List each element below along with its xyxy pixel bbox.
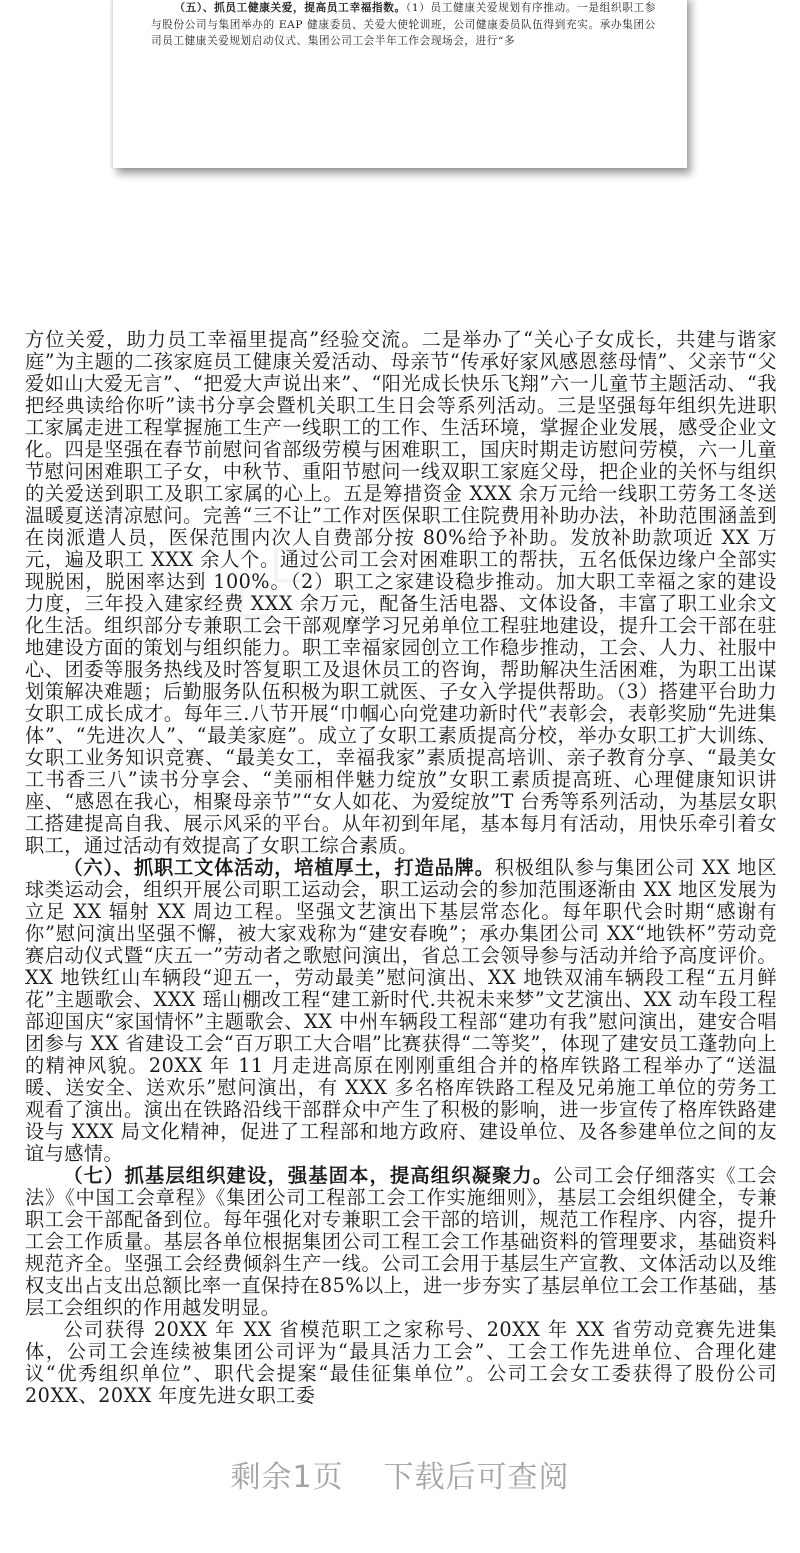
remaining-pages-label: 剩余1页 [230,1460,343,1495]
previous-page-paragraph: （五）、抓员工健康关爱，提高员工幸福指数。（1）员工健康关爱规划有序推动。一是组… [151,0,656,50]
paragraph-text: 积极组队参与集团公司 XX 地区球类运动会，组织开展公司职工运动会，职工运动会的… [25,856,777,1165]
previous-page-preview: （五）、抓员工健康关爱，提高员工幸福指数。（1）员工健康关爱规划有序推动。一是组… [113,0,687,168]
paragraph-text: 公司工会仔细落实《工会法》《中国工会章程》《集团公司工程部工会工作实施细则》，基… [25,1164,777,1319]
download-hint-label: 下载后可查阅 [384,1460,570,1495]
document-paragraph-4: 公司获得 20XX 年 XX 省模范职工之家称号、20XX 年 XX 省劳动竞赛… [25,1319,777,1407]
previous-page-text: （五）、抓员工健康关爱，提高员工幸福指数。（1）员工健康关爱规划有序推动。一是组… [151,0,656,50]
document-body: 方位关爱，助力员工幸福里提高”经验交流。二是举办了“关心子女成长，共建与谐家庭”… [25,329,777,1407]
previous-page-heading: （五）、抓员工健康关爱，提高员工幸福指数。 [174,2,406,14]
paragraph-heading: （七）抓基层组织建设，强基固本，提高组织凝聚力。 [63,1164,553,1187]
document-paragraph-2: （六）、抓职工文体活动，培植厚土，打造品牌。积极组队参与集团公司 XX 地区球类… [25,857,777,1165]
paragraph-text: 方位关爱，助力员工幸福里提高”经验交流。二是举办了“关心子女成长，共建与谐家庭”… [25,328,777,857]
remaining-pages-notice[interactable]: 剩余1页下载后可查阅 [0,1452,800,1496]
paragraph-text: 公司获得 20XX 年 XX 省模范职工之家称号、20XX 年 XX 省劳动竞赛… [25,1318,777,1407]
document-paragraph-1: 方位关爱，助力员工幸福里提高”经验交流。二是举办了“关心子女成长，共建与谐家庭”… [25,329,777,857]
document-paragraph-3: （七）抓基层组织建设，强基固本，提高组织凝聚力。公司工会仔细落实《工会法》《中国… [25,1165,777,1319]
paragraph-heading: （六）、抓职工文体活动，培植厚土，打造品牌。 [63,856,494,879]
